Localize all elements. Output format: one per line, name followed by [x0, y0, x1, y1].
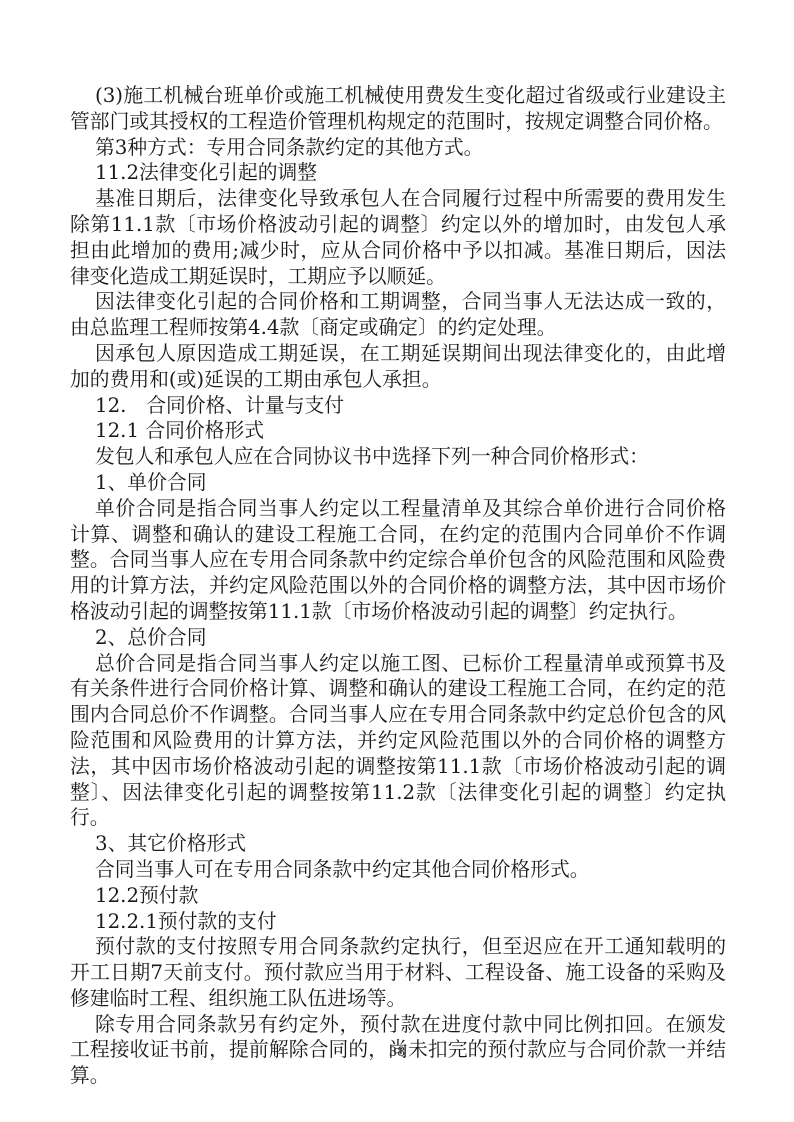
paragraph: 合同当事人可在专用合同条款中约定其他合同价格形式。: [70, 857, 726, 883]
paragraph: 1、单价合同: [70, 470, 726, 496]
paragraph: 12.2.1预付款的支付: [70, 909, 726, 935]
paragraph: 2、总价合同: [70, 625, 726, 651]
paragraph: 因法律变化引起的合同价格和工期调整，合同当事人无法达成一致的，由总监理工程师按第…: [70, 289, 726, 341]
paragraph: 12.2预付款: [70, 883, 726, 909]
paragraph: 第3种方式：专用合同条款约定的其他方式。: [70, 135, 726, 161]
paragraph: 12.1 合同价格形式: [70, 418, 726, 444]
paragraph: 预付款的支付按照专用合同条款约定执行，但至迟应在开工通知载明的开工日期7天前支付…: [70, 934, 726, 1011]
paragraph: 基准日期后，法律变化导致承包人在合同履行过程中所需要的费用发生除第11.1款〔市…: [70, 186, 726, 289]
document-page: (3)施工机械台班单价或施工机械使用费发生变化超过省级或行业建设主管部门或其授权…: [0, 0, 794, 1122]
paragraph: 因承包人原因造成工期延误，在工期延误期间出现法律变化的，由此增加的费用和(或)延…: [70, 341, 726, 393]
document-body: (3)施工机械台班单价或施工机械使用费发生变化超过省级或行业建设主管部门或其授权…: [70, 83, 726, 1089]
paragraph: 发包人和承包人应在合同协议书中选择下列一种合同价格形式：: [70, 444, 726, 470]
paragraph: 12. 合同价格、计量与支付: [70, 393, 726, 419]
paragraph: 3、其它价格形式: [70, 831, 726, 857]
page-number: 38: [0, 1045, 794, 1060]
paragraph: 总价合同是指合同当事人约定以施工图、已标价工程量清单或预算书及有关条件进行合同价…: [70, 651, 726, 832]
paragraph: (3)施工机械台班单价或施工机械使用费发生变化超过省级或行业建设主管部门或其授权…: [70, 83, 726, 135]
paragraph: 单价合同是指合同当事人约定以工程量清单及其综合单价进行合同价格计算、调整和确认的…: [70, 496, 726, 625]
paragraph: 11.2法律变化引起的调整: [70, 160, 726, 186]
